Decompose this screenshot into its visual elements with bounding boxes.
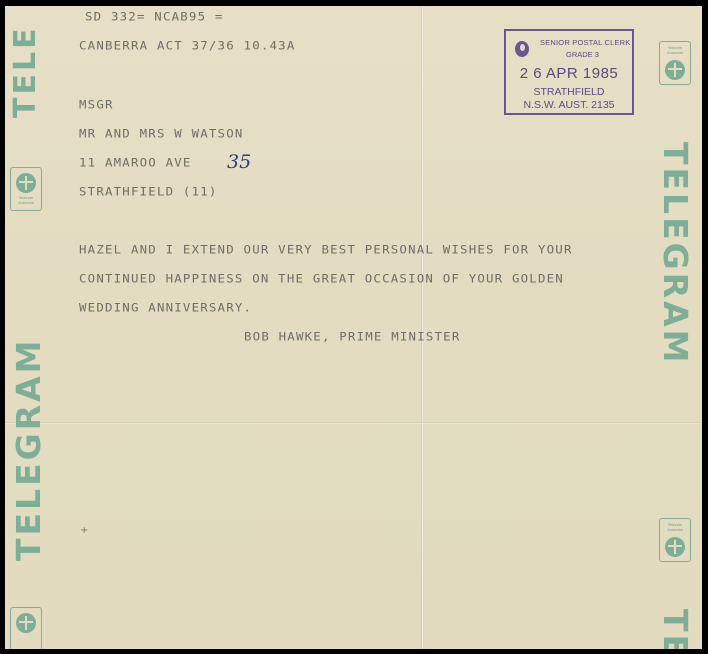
stamp-title: SENIOR POSTAL CLERK [540,38,631,47]
logo-caption: Telecom Australia [11,196,41,206]
telecom-t-icon [16,613,36,633]
stamp-office: STRATHFIELD [506,86,632,98]
logo-caption: Telecom Australia [660,523,690,533]
telecom-t-icon [665,60,685,80]
telegram-brand-right: TELEGRAM [656,142,695,366]
recipient-name: MR AND MRS W WATSON [79,126,244,140]
telecom-t-icon [16,173,36,193]
postal-date-stamp: SENIOR POSTAL CLERK GRADE 3 2 6 APR 1985… [504,29,634,115]
registration-mark: + [80,525,88,536]
message-line-1: HAZEL AND I EXTEND OUR VERY BEST PERSONA… [79,242,573,256]
msgr-line: MSGR [79,97,114,111]
message-line-3: WEDDING ANNIVERSARY. [79,300,252,314]
handwritten-note: 35 [227,151,251,173]
telecom-logo-right-top: Telecom Australia [659,41,691,85]
message-line-2: CONTINUED HAPPINESS ON THE GREAT OCCASIO… [79,271,564,285]
telecom-logo-left-bottom [10,607,42,649]
telecom-logo-left-top: Telecom Australia [10,167,42,211]
telecom-t-icon [665,537,685,557]
australia-post-icon [515,41,529,57]
telegram-brand-left-top: TELE [8,25,43,118]
origin-line: CANBERRA ACT 37/36 10.43A [79,38,296,52]
vertical-fold-line [421,6,424,649]
service-line: SD 332= NCAB95 = [85,9,224,23]
stamp-grade: GRADE 3 [566,50,599,59]
stamp-date: 2 6 APR 1985 [506,65,632,82]
stamp-postcode: N.S.W. AUST. 2135 [506,99,632,111]
telecom-logo-right-bottom: Telecom Australia [659,518,691,562]
telegram-brand-right-bottom: TE [656,609,695,649]
telegram-sheet: TELE Telecom Australia TELEGRAM Telecom … [5,6,702,649]
signature-line: BOB HAWKE, PRIME MINISTER [244,329,461,343]
telegram-brand-left: TELEGRAM [9,338,48,562]
suburb-line: STRATHFIELD (11) [79,184,218,198]
horizontal-fold-line [5,422,702,424]
street-address: 11 AMAROO AVE [79,155,192,169]
logo-caption: Telecom Australia [660,46,690,56]
